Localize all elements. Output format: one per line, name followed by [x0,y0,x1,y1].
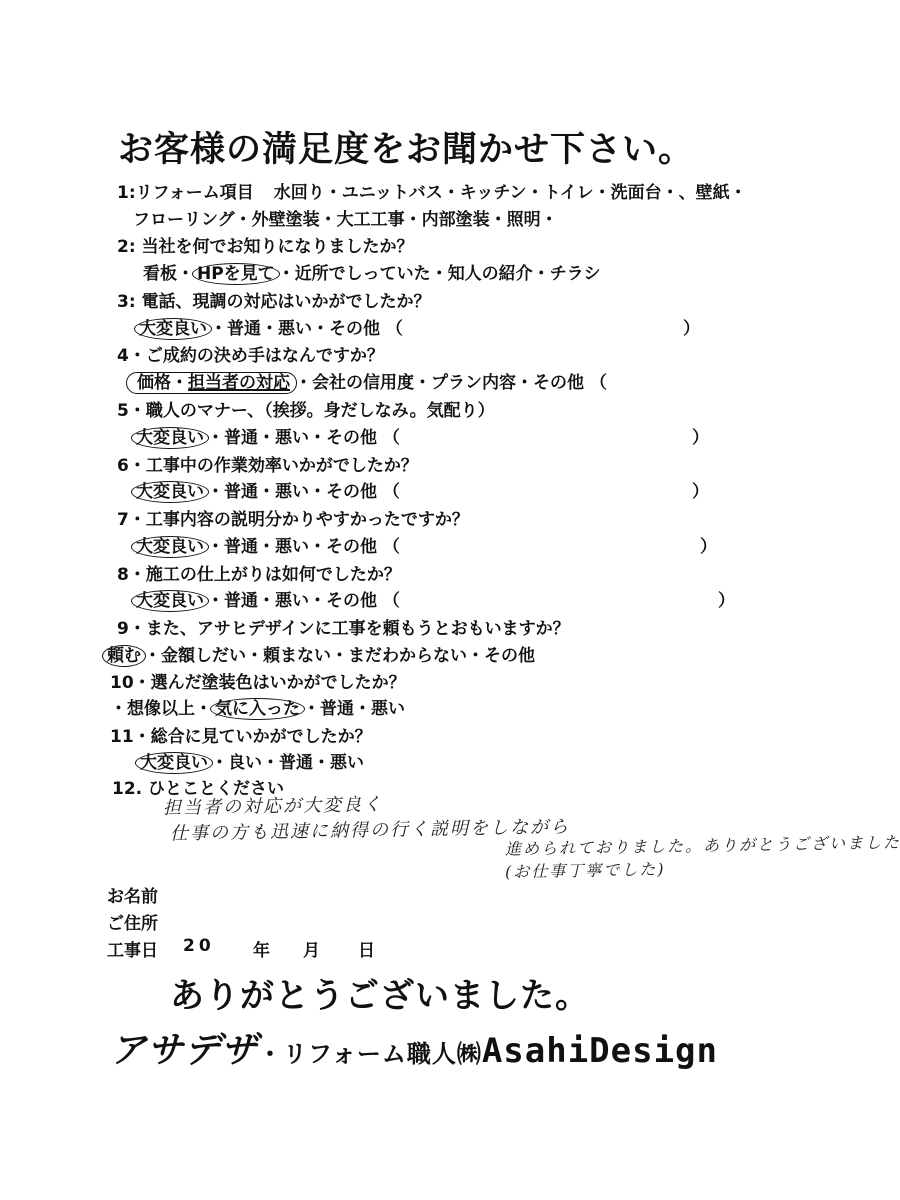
option-request-selected[interactable]: 頼む [102,645,146,667]
option-bad[interactable]: 悪い [275,428,309,448]
question-3: 3: 電話、現調の対応はいかがでしたか？ [117,287,431,312]
separator: ・ [533,264,550,284]
question-6: 6・工事中の作業効率いかがでしたか？ [117,451,418,476]
separator: ・ [278,264,295,284]
question-label: 工事中の作業効率いかがでしたか？ [146,456,418,476]
option-other[interactable]: その他 [329,319,380,339]
company-subtitle: リフォーム職人㈱ [283,1040,482,1068]
question-5: 5・職人のマナー、（挨拶。身だしなみ。気配り） [117,396,495,421]
other-open-paren: （ [383,428,400,448]
option-bad[interactable]: 悪い [275,591,309,611]
separator: ・ [258,428,275,448]
separator: ・ [309,537,326,557]
question-label: また、アサヒデザインに工事を頼もうとおもいますか？ [146,619,570,639]
question-label: 工事内容の説明分かりやすかったですか？ [146,510,469,530]
question-2: 2: 当社を何でお知りになりましたか？ [117,232,414,257]
question-number: 3: [117,292,136,312]
separator: ・ [207,537,224,557]
separator: ・ [207,428,224,448]
other-open-paren: （ [386,319,403,339]
option-normal[interactable]: 普通 [224,482,258,502]
name-label: お名前 [107,882,158,907]
option-other[interactable]: その他 [326,537,377,557]
question-1-options-line2: フローリング・外壁塗装・大工工事・内部塗装・照明・ [133,205,558,230]
option-very-good-selected[interactable]: 大変良い [135,752,213,774]
separator: ・ [313,753,330,773]
question-label: 選んだ塗装色はいかがでしたか？ [151,673,406,693]
question-number: 8・ [117,565,146,585]
question-1: 1:リフォーム項目 水回り・ユニットバス・キッチン・トイレ・洗面台・、壁紙・ [117,178,747,203]
separator: ・ [110,699,127,719]
separator: ・ [303,699,320,719]
question-label: 電話、現調の対応はいかがでしたか？ [142,292,431,312]
separator: ・ [258,537,275,557]
question-label: 総合に見ていかがでしたか？ [151,727,372,747]
question-number: 6・ [117,456,146,476]
other-open-paren: （ [383,537,400,557]
option-bad[interactable]: 悪い [275,482,309,502]
question-8-options: 大変良い・普通・悪い・その他 （ [133,586,400,612]
separator: ・ [354,699,371,719]
question-number: 9・ [117,619,146,639]
option-normal[interactable]: 普通 [279,753,313,773]
option-other[interactable]: その他 [326,482,377,502]
separator: ・ [210,319,227,339]
question-4: 4・ご成約の決め手はなんですか？ [117,341,384,366]
separator: ・ [309,428,326,448]
company-name: アサデザ・リフォーム職人㈱AsahiDesign [110,1022,718,1073]
separator: ・ [211,753,228,773]
question-number: 4・ [117,346,146,366]
other-close-paren: ） [683,314,700,339]
question-label: 職人のマナー、（挨拶。身だしなみ。気配り） [146,401,495,421]
date-year-prefix: 20 [183,936,215,956]
month-label: 月 [303,936,320,961]
question-10: 10・選んだ塗装色はいかがでしたか？ [110,668,406,693]
question-number: 12. [112,779,142,799]
separator: ・ [309,482,326,502]
separator: ・ [295,373,312,393]
question-11: 11・総合に見ていかがでしたか？ [110,722,372,747]
option-very-good-selected[interactable]: 大変良い [134,318,212,340]
question-11-options: 大変良い・良い・普通・悪い [137,748,364,774]
separator: ・ [467,646,484,666]
option-very-good-selected[interactable]: 大変良い [131,481,209,503]
separator: ・ [258,591,275,611]
survey-title: お客様の満足度をお聞かせ下さい。 [118,122,694,172]
option-normal[interactable]: 普通 [227,319,261,339]
option-other[interactable]: その他 [484,646,535,666]
option-not-request[interactable]: 頼まない [263,646,331,666]
question-9-options: 頼む・金額しだい・頼まない・まだわからない・その他 [104,641,535,667]
option-beyond-expectation[interactable]: 想像以上 [127,699,195,719]
other-open-paren: （ [590,373,607,393]
question-number: 1: [117,183,136,203]
question-label: 当社を何でお知りになりましたか？ [142,237,414,257]
separator: ・ [309,591,326,611]
option-very-good-selected[interactable]: 大変良い [131,590,209,612]
separator: ・ [246,646,263,666]
separator: ・ [516,373,533,393]
question-number: 10・ [110,673,151,693]
other-close-paren: ） [692,423,709,448]
question-options-line1: 水回り・ユニットバス・キッチン・トイレ・洗面台・、壁紙・ [274,183,747,203]
option-bad[interactable]: 悪い [371,699,405,719]
question-9: 9・また、アサヒデザインに工事を頼もうとおもいますか？ [117,614,570,639]
thank-you-message: ありがとうございました。 [170,968,590,1017]
question-2-options: 看板・HPを見て・近所でしっていた・知人の紹介・チラシ [143,259,601,285]
question-number: 11・ [110,727,151,747]
day-label: 日 [358,936,375,961]
company-separator: ・ [258,1040,283,1068]
separator: ・ [312,319,329,339]
option-hp-selected[interactable]: HPを見て [192,263,280,285]
question-number: 2: [117,237,136,257]
question-8: 8・施工の仕上がりは如何でしたか？ [117,560,401,585]
separator: ・ [207,482,224,502]
question-number: 5・ [117,401,146,421]
other-open-paren: （ [383,591,400,611]
option-normal[interactable]: 普通 [320,699,354,719]
separator: ・ [258,482,275,502]
option-plan[interactable]: プラン内容 [431,373,516,393]
question-6-options: 大変良い・普通・悪い・その他 （ [133,477,400,503]
separator: ・ [331,646,348,666]
separator: ・ [262,753,279,773]
question-label: ご成約の決め手はなんですか？ [146,346,384,366]
option-bad[interactable]: 悪い [278,319,312,339]
question-7: 7・工事内容の説明分かりやすかったですか？ [117,505,469,530]
other-open-paren: （ [383,482,400,502]
option-price-and-staff-selected[interactable]: 価格・担当者の対応 [126,372,297,394]
option-very-good-selected[interactable]: 大変良い [131,536,209,558]
question-3-options: 大変良い・普通・悪い・その他 （ [136,314,403,340]
other-close-paren: ） [692,477,709,502]
option-bad[interactable]: 悪い [330,753,364,773]
question-label: 施工の仕上がりは如何でしたか？ [146,565,401,585]
option-kanban[interactable]: 看板 [143,264,177,284]
option-staff-response: 担当者の対応 [188,373,290,393]
question-label: リフォーム項目 [136,183,254,203]
question-10-options: ・想像以上・気に入った・普通・悪い [110,694,405,720]
question-7-options: 大変良い・普通・悪い・その他 （ [133,532,400,558]
option-price: 価格 [137,373,171,393]
company-latin-name: AsahiDesign [482,1031,718,1071]
year-label: 年 [253,936,270,961]
option-flyer[interactable]: チラシ [550,264,601,284]
separator: ・ [207,591,224,611]
option-referral[interactable]: 知人の紹介 [448,264,533,284]
option-other[interactable]: その他 [326,428,377,448]
option-bad[interactable]: 悪い [275,537,309,557]
question-5-options: 大変良い・普通・悪い・その他 （ [133,423,400,449]
option-not-sure[interactable]: まだわからない [348,646,467,666]
construction-date-label: 工事日 [107,936,158,961]
separator: ・ [171,373,188,393]
question-4-options: 価格・担当者の対応・会社の信用度・プラン内容・その他 （ [128,368,607,394]
option-normal[interactable]: 普通 [224,537,258,557]
option-other[interactable]: その他 [533,373,584,393]
option-depends-on-price[interactable]: 金額しだい [161,646,246,666]
separator: ・ [414,373,431,393]
option-other[interactable]: その他 [326,591,377,611]
option-neighborhood[interactable]: 近所でしっていた [295,264,431,284]
question-number: 7・ [117,510,146,530]
option-credibility[interactable]: 会社の信用度 [312,373,414,393]
option-normal[interactable]: 普通 [224,428,258,448]
option-very-good-selected[interactable]: 大変良い [131,427,209,449]
other-close-paren: ） [700,532,717,557]
option-good[interactable]: 良い [228,753,262,773]
other-close-paren: ） [718,586,735,611]
address-label: ご住所 [107,909,158,934]
handwritten-comment-line-4: (お仕事丁寧でした) [505,857,666,883]
separator: ・ [431,264,448,284]
option-normal[interactable]: 普通 [224,591,258,611]
separator: ・ [261,319,278,339]
option-liked-selected[interactable]: 気に入った [210,698,305,720]
company-kana: アサデザ [110,1030,258,1071]
separator: ・ [144,646,161,666]
